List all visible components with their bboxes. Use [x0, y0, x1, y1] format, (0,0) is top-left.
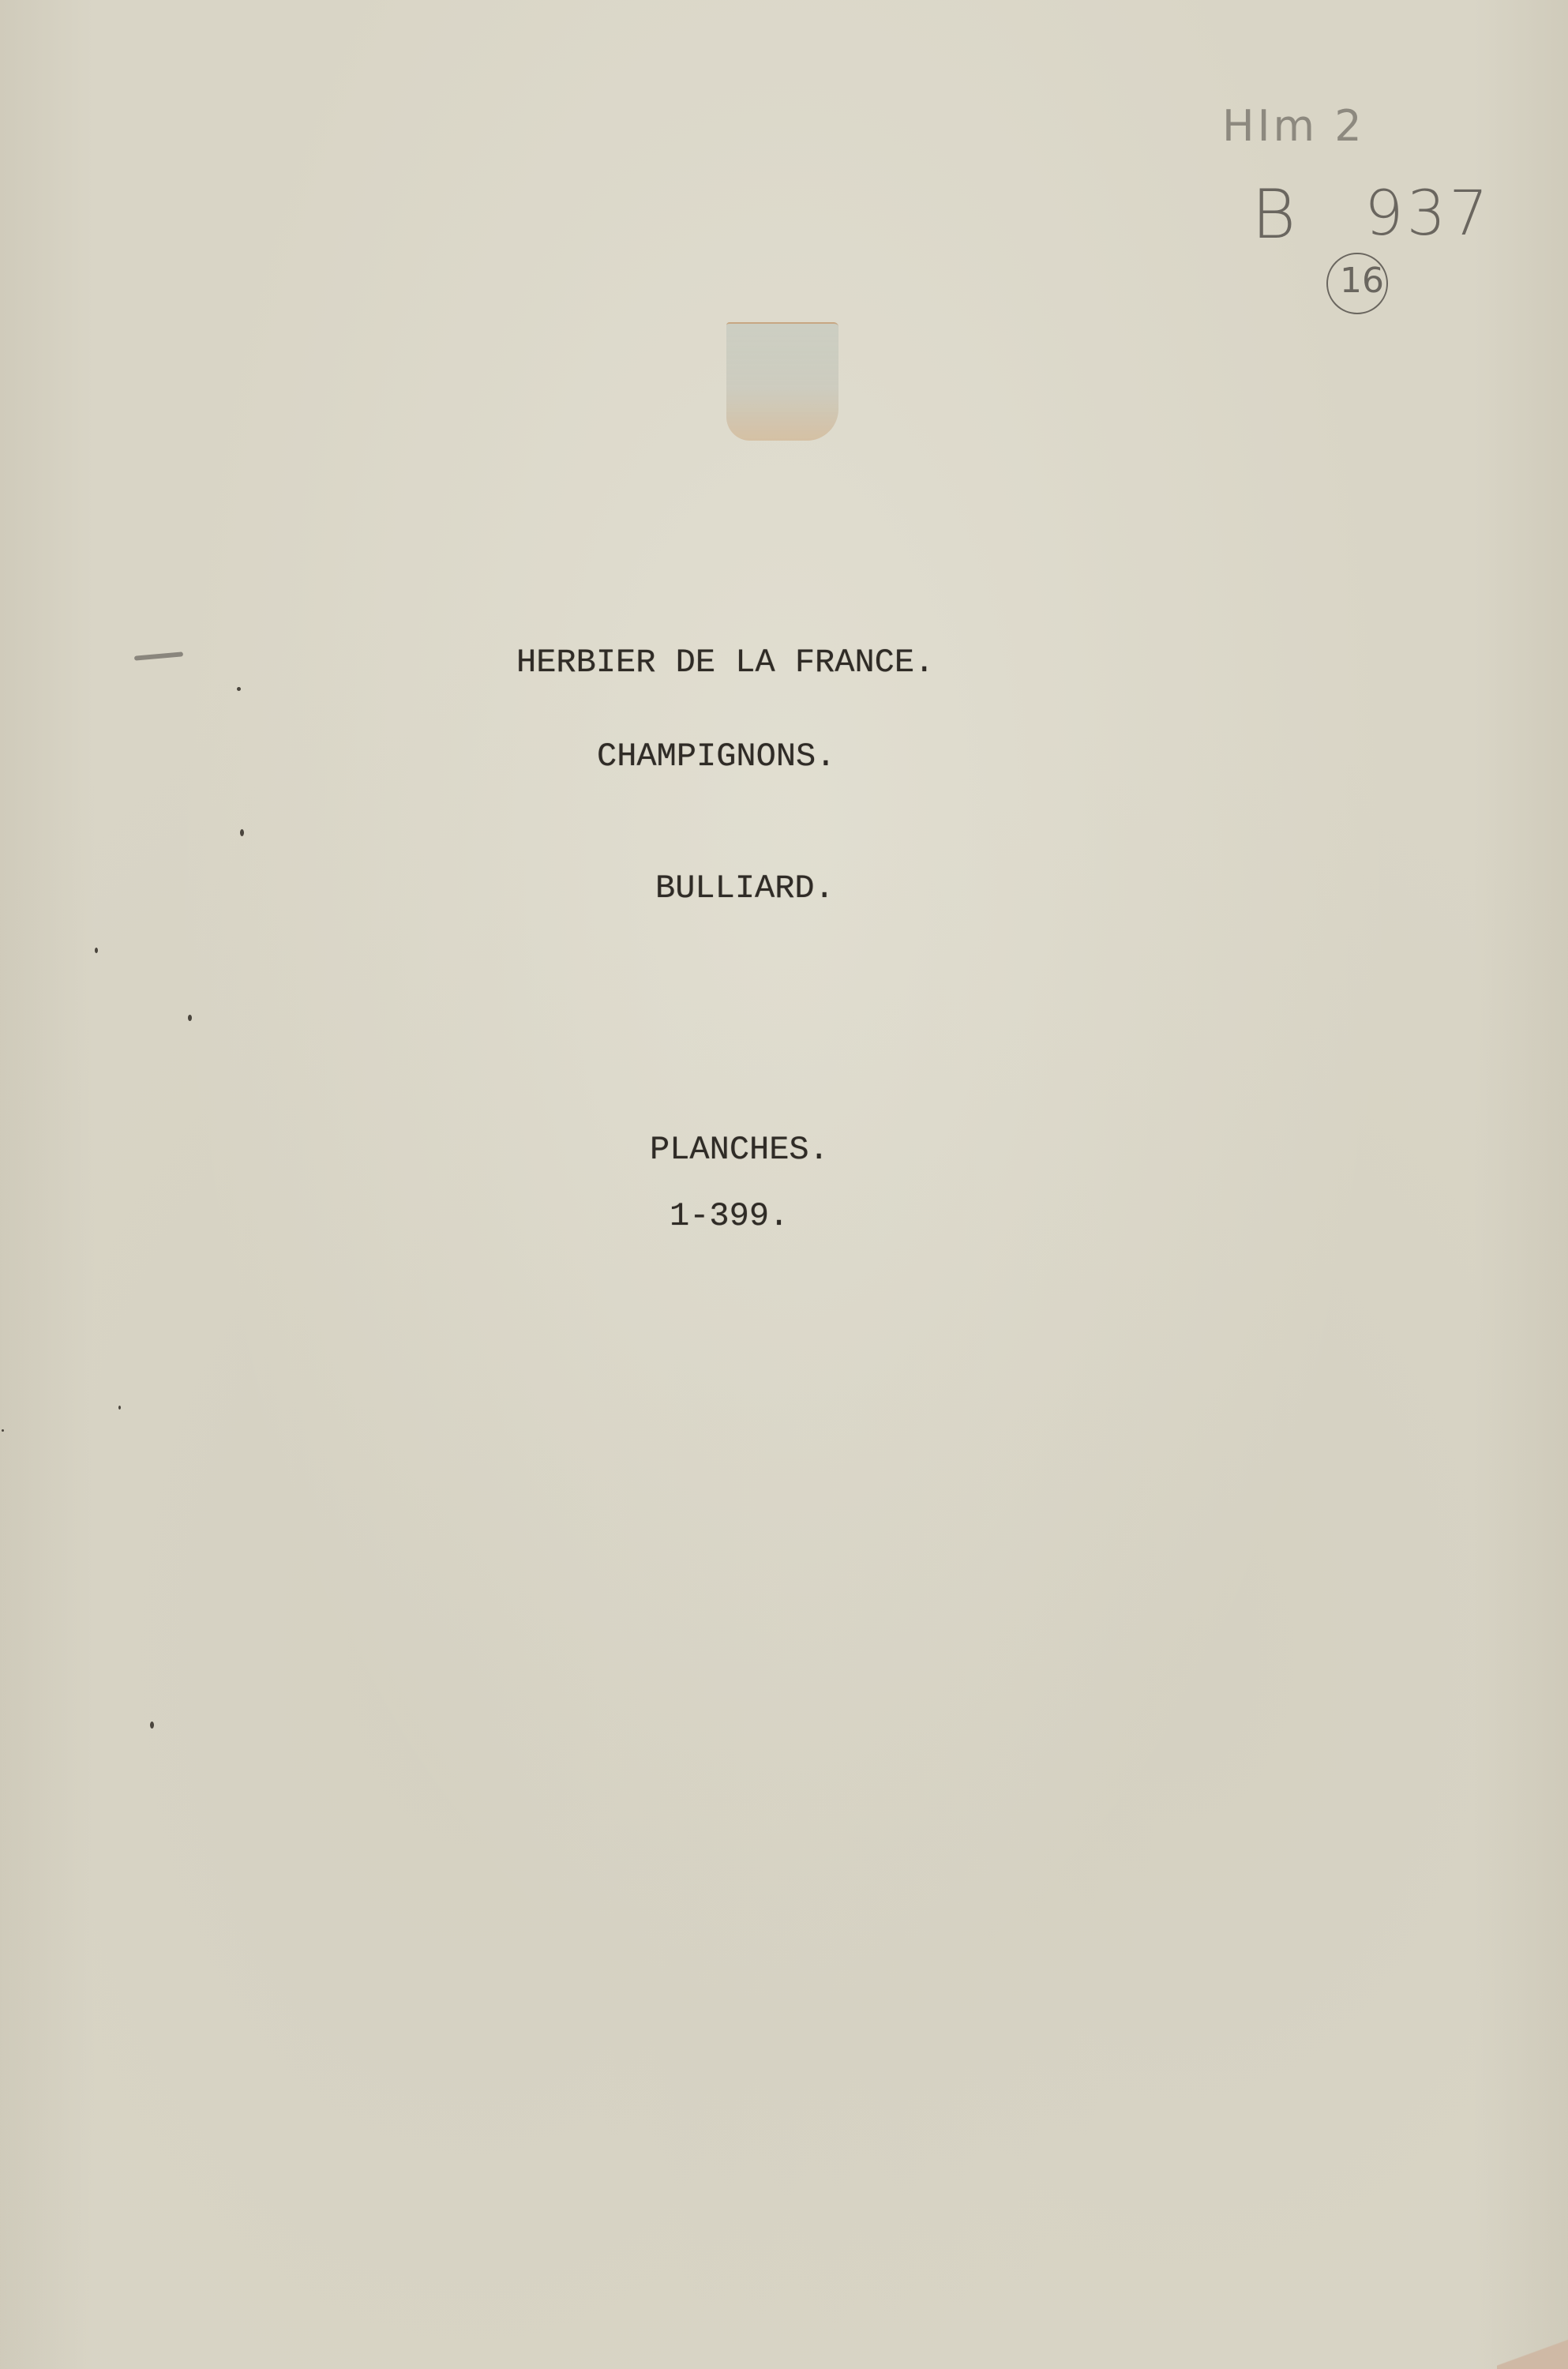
title-line-1: HERBIER DE LA FRANCE. [516, 646, 934, 679]
shelfmark-letter: B [1251, 175, 1296, 254]
pencil-annotation-top: HIm 2 [1222, 101, 1365, 151]
pencil-dash-mark [134, 651, 183, 660]
circled-number: 16 [1340, 261, 1384, 301]
paper-speck [118, 1406, 121, 1410]
section-label: PLANCHES. [650, 1133, 829, 1166]
paper-speck [188, 1015, 192, 1021]
title-line-2: CHAMPIGNONS. [597, 740, 835, 773]
paper-speck [2, 1429, 4, 1432]
shelfmark-number: 937 [1364, 178, 1491, 250]
paper-speck [240, 829, 244, 836]
paper-speck [150, 1721, 154, 1729]
tape-stain [726, 322, 838, 441]
plate-range: 1-399. [670, 1200, 789, 1233]
folded-corner [1497, 2337, 1568, 2369]
scanned-page: HIm 2 B 937 16 HERBIER DE LA FRANCE. CHA… [0, 0, 1568, 2369]
paper-speck [237, 687, 241, 691]
paper-speck [95, 948, 98, 953]
author-name: BULLIARD. [655, 872, 835, 905]
